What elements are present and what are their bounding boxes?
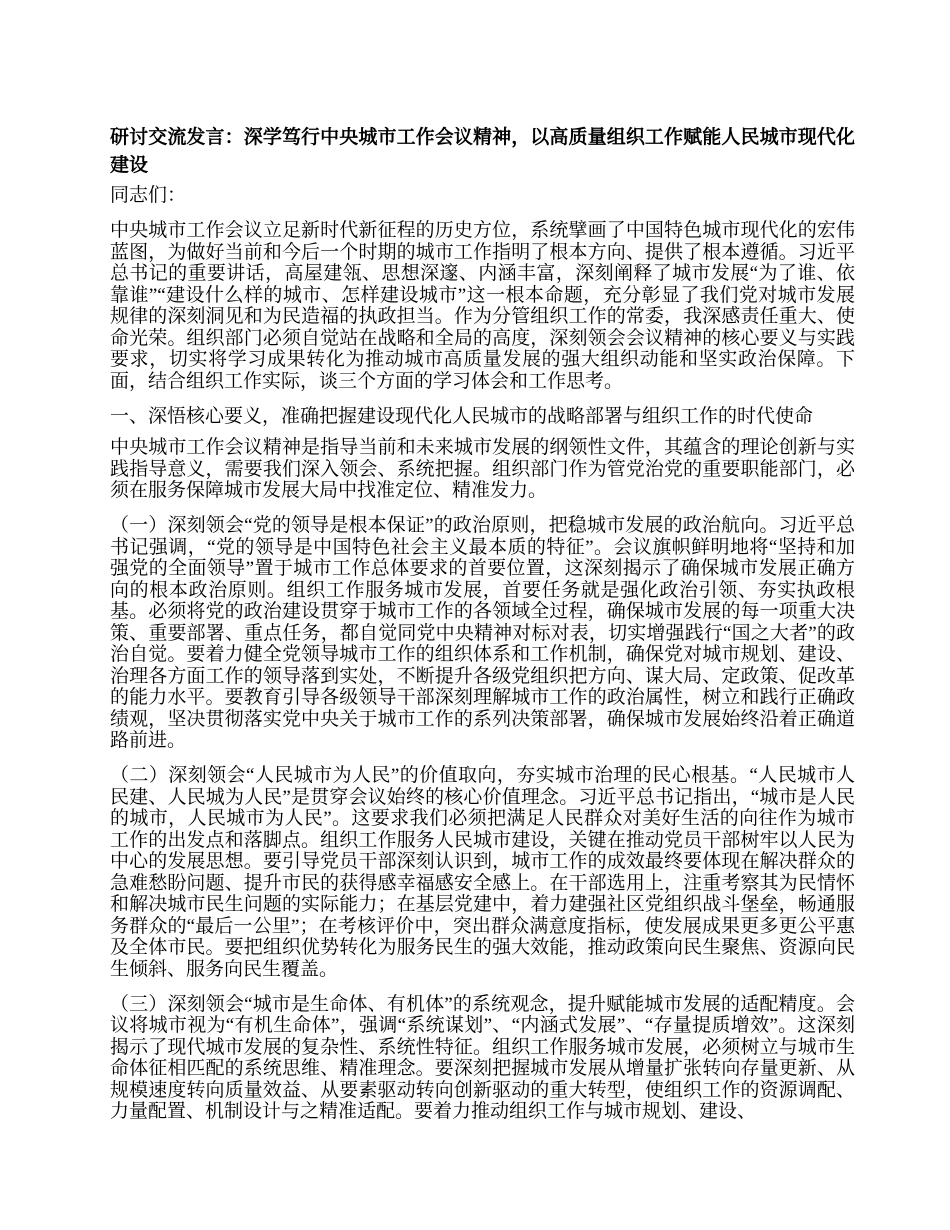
section-heading-1: 一、深悟核心要义，准确把握建设现代化人民城市的战略部署与组织工作的时代使命 — [110, 406, 855, 428]
paragraph-intro: 中央城市工作会议立足新时代新征程的历史方位，系统擘画了中国特色城市现代化的宏伟蓝… — [110, 220, 855, 392]
paragraph-point-1: （一）深刻领会“党的领导是根本保证”的政治原则，把稳城市发展的政治航向。习近平总… — [110, 515, 855, 752]
document-page: 研讨交流发言：深学笃行中央城市工作会议精神，以高质量组织工作赋能人民城市现代化建… — [0, 0, 950, 1230]
paragraph-point-3-truncated: （三）深刻领会“城市是生命体、有机体”的系统观念，提升赋能城市发展的适配精度。会… — [110, 994, 855, 1123]
salutation: 同志们： — [110, 185, 855, 207]
paragraph-point-2: （二）深刻领会“人民城市为人民”的价值取向，夯实城市治理的民心根基。“人民城市人… — [110, 765, 855, 980]
document-title: 研讨交流发言：深学笃行中央城市工作会议精神，以高质量组织工作赋能人民城市现代化建… — [110, 124, 855, 180]
paragraph-section-lead: 中央城市工作会议精神是指导当前和未来城市发展的纲领性文件，其蕴含的理论创新与实践… — [110, 437, 855, 502]
